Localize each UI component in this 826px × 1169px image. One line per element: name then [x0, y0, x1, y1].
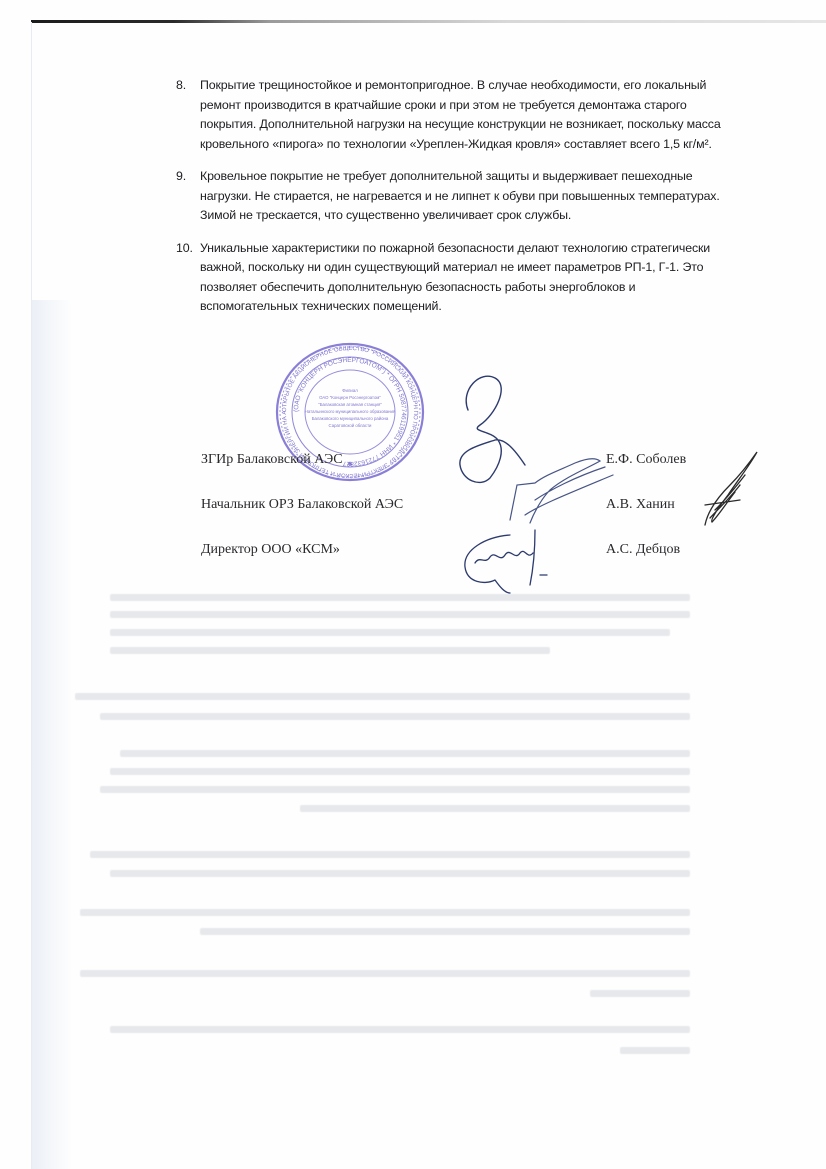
list-number: 8.	[176, 76, 186, 96]
text-line: Уникальные характеристики по пожарной бе…	[200, 239, 826, 259]
svg-text:ОАО "Концерн Росэнергоатом": ОАО "Концерн Росэнергоатом"	[319, 395, 381, 400]
signer-name-2: А.В. Ханин	[606, 497, 675, 513]
handwritten-signature-2-icon	[505, 455, 615, 525]
text-line: Зимой не трескается, что существенно уве…	[200, 206, 826, 226]
list-item-9: 9. Кровельное покрытие не требует дополн…	[176, 167, 826, 226]
page-top-edge	[31, 20, 826, 23]
signer-title-2: Начальник ОРЗ Балаковской АЭС	[201, 497, 403, 513]
text-line: Кровельное покрытие не требует дополните…	[200, 167, 826, 187]
list-item-text: Кровельное покрытие не требует дополните…	[200, 167, 826, 226]
text-line: покрытия. Дополнительной нагрузки на нес…	[200, 115, 826, 135]
svg-text:Натальинского муниципального о: Натальинского муниципального образования	[305, 409, 396, 414]
svg-text:Саратовской области: Саратовской области	[329, 423, 373, 428]
signer-title-1: ЗГИр Балаковской АЭС	[201, 452, 343, 468]
signer-name-3: А.С. Дебцов	[606, 542, 680, 558]
list-number: 10.	[176, 239, 193, 259]
text-line: Покрытие трещиностойкое и ремонтопригодн…	[200, 76, 826, 96]
scanned-page: 8. Покрытие трещиностойкое и ремонтоприг…	[0, 0, 826, 1169]
list-item-10: 10. Уникальные характеристики по пожарно…	[176, 239, 826, 317]
text-line: позволяет обеспечить дополнительную безо…	[200, 278, 826, 298]
list-number: 9.	[176, 167, 186, 187]
svg-text:"Балаковская атомная станция": "Балаковская атомная станция"	[318, 402, 382, 407]
text-line: нагрузки. Не стирается, не нагревается и…	[200, 187, 826, 207]
text-line: кровельного «пирога» по технологии «Уреп…	[200, 135, 826, 155]
scan-shadow	[32, 300, 72, 1169]
text-line: вспомогательных технических помещений.	[200, 297, 826, 317]
numbered-list: 8. Покрытие трещиностойкое и ремонтоприг…	[176, 76, 826, 330]
handwritten-signature-4-icon	[455, 525, 555, 595]
svg-text:Балаковского муниципального ра: Балаковского муниципального района	[312, 416, 389, 421]
signer-name-1: Е.Ф. Соболев	[606, 452, 686, 468]
signer-title-3: Директор ООО «КСМ»	[201, 542, 340, 558]
list-item-text: Уникальные характеристики по пожарной бе…	[200, 239, 826, 317]
text-line: ремонт производится в кратчайшие сроки и…	[200, 96, 826, 116]
list-item-text: Покрытие трещиностойкое и ремонтопригодн…	[200, 76, 826, 154]
text-line: важной, поскольку ни один существующий м…	[200, 258, 826, 278]
svg-text:✱: ✱	[347, 461, 352, 468]
handwritten-signature-3-icon	[700, 450, 760, 530]
list-item-8: 8. Покрытие трещиностойкое и ремонтоприг…	[176, 76, 826, 154]
svg-text:Филиал: Филиал	[342, 388, 358, 393]
